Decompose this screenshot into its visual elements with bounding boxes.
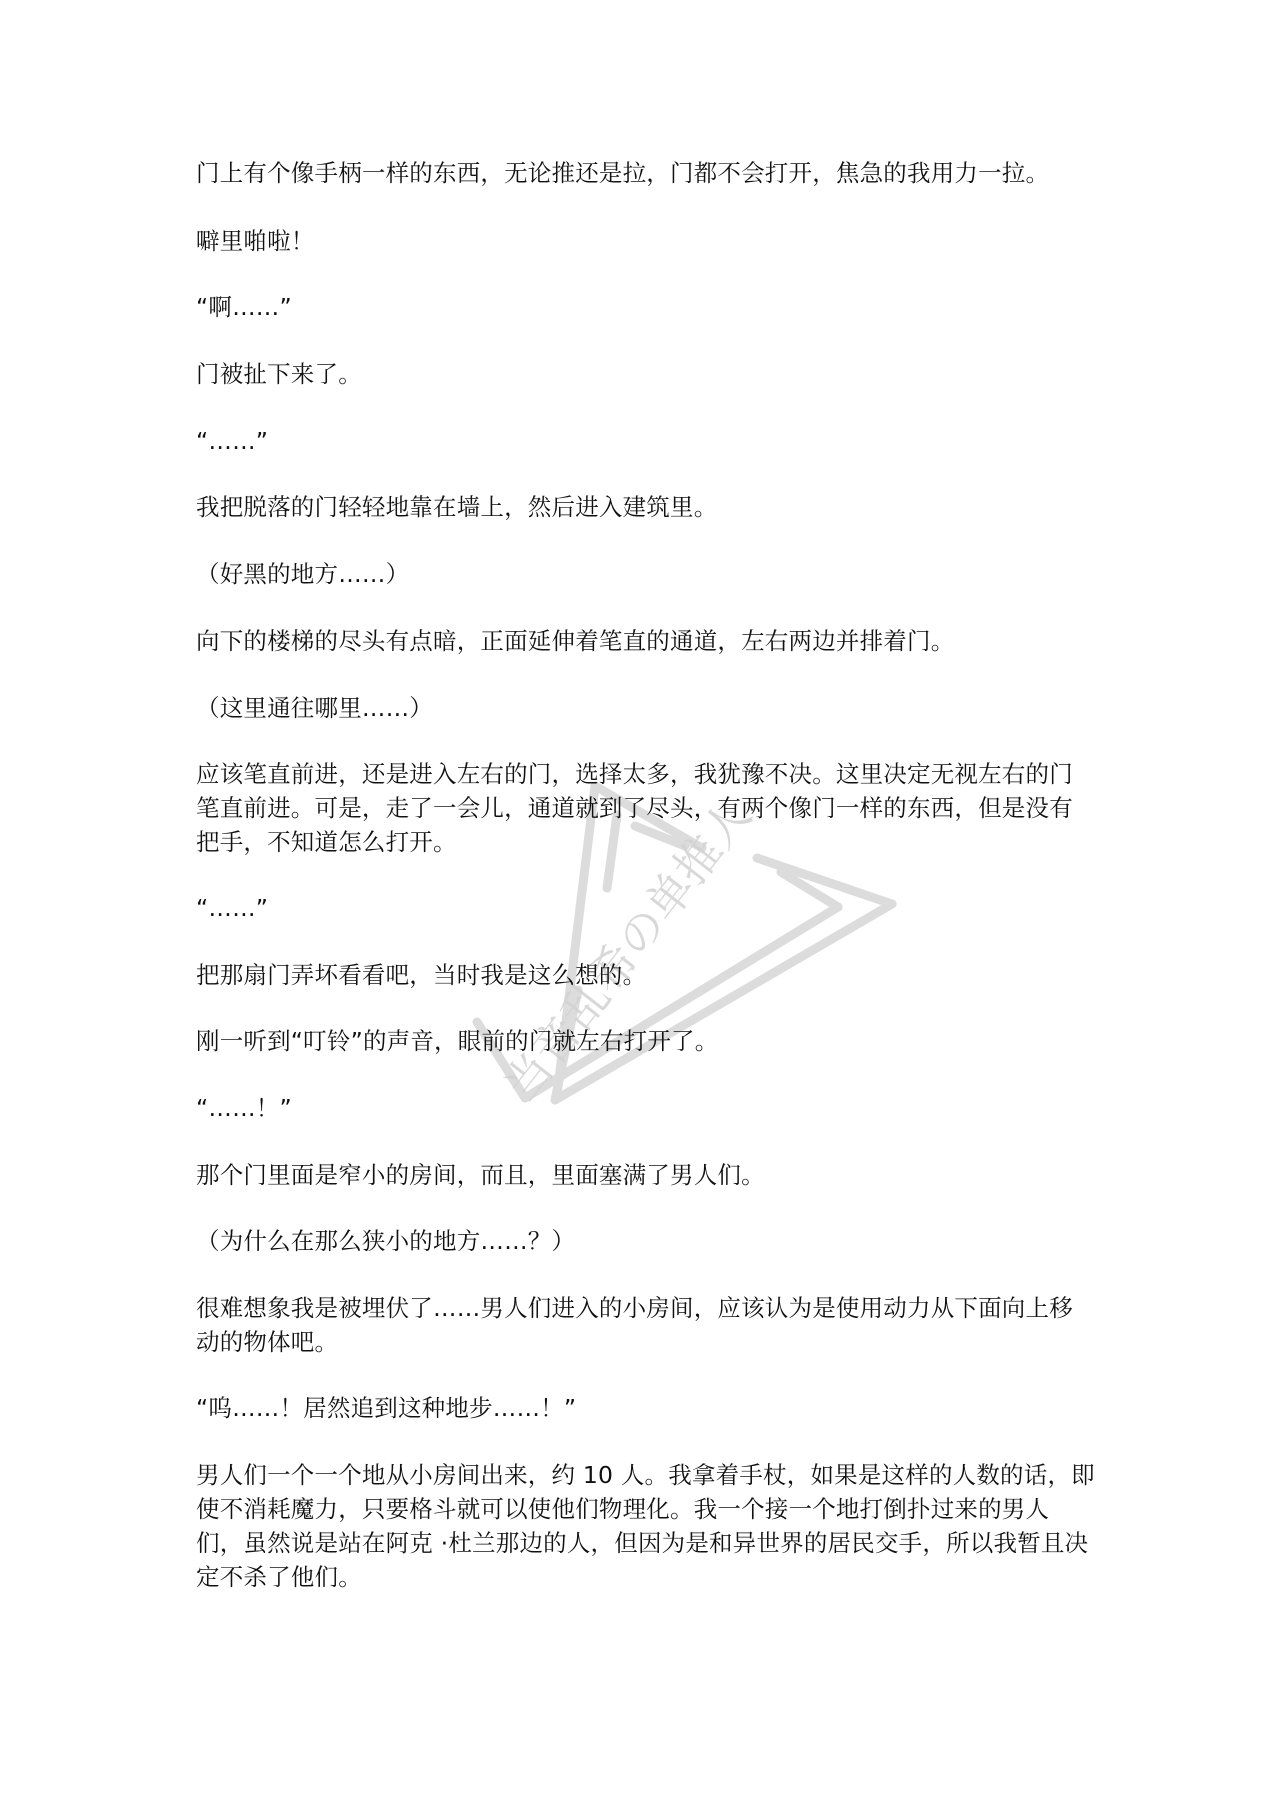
paragraph: （这里通往哪里……）	[196, 691, 1096, 725]
paragraph: 门上有个像手柄一样的东西，无论推还是拉，门都不会打开，焦急的我用力一拉。	[196, 156, 1096, 190]
paragraph: （好黑的地方……）	[196, 557, 1096, 591]
paragraph: 门被扯下来了。	[196, 357, 1096, 391]
paragraph: 把那扇门弄坏看看吧，当时我是这么想的。	[196, 958, 1096, 992]
paragraph: “……”	[196, 891, 1096, 925]
document-page: 当音乱希の单推人 门上有个像手柄一样的东西，无论推还是拉，门都不会打开，焦急的我…	[0, 0, 1280, 1810]
paragraph: 应该笔直前进，还是进入左右的门，选择太多，我犹豫不决。这里决定无视左右的门笔直前…	[196, 757, 1096, 859]
paragraph: 刚一听到“叮铃”的声音，眼前的门就左右打开了。	[196, 1024, 1096, 1058]
paragraph: “呜……！居然追到这种地步……！”	[196, 1391, 1096, 1425]
paragraph: 我把脱落的门轻轻地靠在墙上，然后进入建筑里。	[196, 490, 1096, 524]
paragraph: 向下的楼梯的尽头有点暗，正面延伸着笔直的通道，左右两边并排着门。	[196, 624, 1096, 658]
paragraph: 很难想象我是被埋伏了……男人们进入的小房间，应该认为是使用动力从下面向上移动的物…	[196, 1291, 1096, 1359]
paragraph: （为什么在那么狭小的地方……？）	[196, 1224, 1096, 1258]
paragraph: “……！”	[196, 1091, 1096, 1125]
paragraph: “……”	[196, 424, 1096, 458]
paragraph: 噼里啪啦！	[196, 224, 1096, 258]
paragraph: “啊……”	[196, 290, 1096, 324]
paragraph: 男人们一个一个地从小房间出来，约 10 人。我拿着手杖，如果是这样的人数的话，即…	[196, 1458, 1096, 1594]
paragraph: 那个门里面是窄小的房间，而且，里面塞满了男人们。	[196, 1158, 1096, 1192]
